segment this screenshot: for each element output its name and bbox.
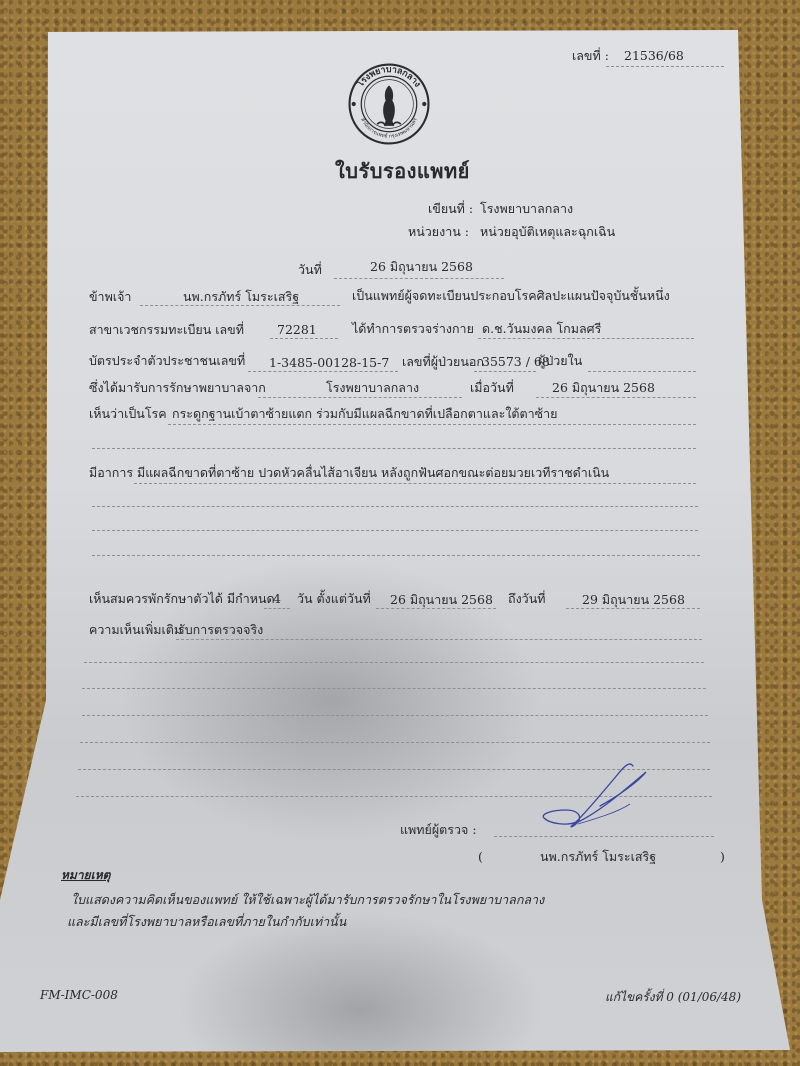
date-value: 26 มิถุนายน 2568 <box>370 259 473 275</box>
document-number: 21536/68 <box>624 48 684 64</box>
dotted-line <box>264 608 290 609</box>
svg-text:โรงพยาบาลกลาง: โรงพยาบาลกลาง <box>354 65 423 90</box>
signature-close-paren: ) <box>720 849 725 865</box>
dotted-line <box>606 66 724 67</box>
comment-label: ความเห็นเพิ่มเติม <box>89 622 182 638</box>
dotted-line <box>494 836 714 837</box>
rest-to-date: 29 มิถุนายน 2568 <box>582 592 685 608</box>
dotted-line <box>92 448 696 449</box>
dotted-line <box>478 338 694 339</box>
dotted-line <box>82 688 706 689</box>
examined-label: ได้ทำการตรวจร่างกาย <box>352 321 474 337</box>
written-at-value: โรงพยาบาลกลาง <box>480 201 573 217</box>
dotted-line <box>270 338 338 339</box>
license-text: เป็นแพทย์ผู้จดทะเบียนประกอบโรคศิลปะแผนปั… <box>352 288 670 304</box>
rest-to-label: ถึงวันที่ <box>508 591 545 607</box>
patient-name: ด.ช.วันมงคล โกมลศรี <box>482 321 601 337</box>
registration-number: 72281 <box>277 322 317 338</box>
comment-value: รับการตรวจจริง <box>178 622 263 638</box>
i-label: ข้าพเจ้า <box>89 289 131 305</box>
rest-unit-label: วัน ตั้งแต่วันที่ <box>297 591 371 607</box>
written-at-label: เขียนที่ : <box>428 201 473 217</box>
department-label: หน่วยงาน : <box>408 224 469 240</box>
dotted-line <box>82 715 708 716</box>
dotted-line <box>134 483 696 484</box>
signature-open-paren: ( <box>478 849 483 865</box>
dotted-line <box>84 662 704 663</box>
dotted-line <box>474 371 536 372</box>
dotted-line <box>92 530 698 531</box>
dotted-line <box>334 278 504 279</box>
note-line-1: ใบแสดงความคิดเห็นของแพทย์ ให้ใช้เฉพาะผู้… <box>71 890 544 910</box>
date-label: วันที่ <box>298 262 322 278</box>
rest-label: เห็นสมควรพักรักษาตัวได้ มีกำหนด <box>89 591 275 607</box>
dotted-line <box>168 424 696 425</box>
document-number-label: เลขที่ : <box>572 48 609 64</box>
dotted-line <box>566 608 700 609</box>
note-heading: หมายเหตุ <box>61 866 110 885</box>
dotted-line <box>376 608 496 609</box>
doctor-name: นพ.กรภัทร์ โมระเสริฐ <box>183 289 299 305</box>
ipd-label: ผู้ป่วยใน <box>538 353 582 369</box>
note-line-2: และมีเลขที่โรงพยาบาลหรือเลขที่ภายในกำกับ… <box>67 912 346 932</box>
diagnosis-label: เห็นว่าเป็นโรค <box>89 406 167 422</box>
form-code: FM-IMC-008 <box>40 988 118 1002</box>
dotted-line <box>140 305 340 306</box>
treated-at-label: ซึ่งได้มารับการรักษาพยาบาลจาก <box>89 380 266 396</box>
department-value: หน่วยอุบัติเหตุและฉุกเฉิน <box>480 224 615 240</box>
medical-certificate-paper: เลขที่ : 21536/68 โรงพยาบาลกลาง สำนักการ… <box>0 0 800 1066</box>
dotted-line <box>258 397 462 398</box>
id-card-label: บัตรประจำตัวประชาชนเลขที่ <box>89 353 245 369</box>
dotted-line <box>588 371 696 372</box>
dotted-line <box>92 555 700 556</box>
dotted-line <box>536 397 696 398</box>
signature-label: แพทย์ผู้ตรวจ : <box>400 822 477 838</box>
treated-at-value: โรงพยาบาลกลาง <box>326 380 419 396</box>
symptoms-label: มีอาการ <box>89 465 133 481</box>
signature-doctor-name: นพ.กรภัทร์ โมระเสริฐ <box>540 849 656 865</box>
diagnosis-value: กระดูกฐานเบ้าตาซ้ายแตก ร่วมกับมีแผลฉีกขา… <box>172 406 558 422</box>
dotted-line <box>248 371 398 372</box>
treated-date-value: 26 มิถุนายน 2568 <box>552 380 655 396</box>
id-card-number: 1-3485-00128-15-7 <box>269 355 389 371</box>
dotted-line <box>176 639 702 640</box>
revision-info: แก้ไขครั้งที่ 0 (01/06/48) <box>605 988 741 1007</box>
handwritten-signature-icon <box>538 760 648 832</box>
page-title: ใบรับรองแพทย์ <box>335 155 470 187</box>
dotted-line <box>80 742 710 743</box>
treated-date-label: เมื่อวันที่ <box>470 380 514 396</box>
rest-from-date: 26 มิถุนายน 2568 <box>390 592 493 608</box>
dotted-line <box>92 506 698 507</box>
symptoms-value: มีแผลฉีกขาดที่ตาซ้าย ปวดหัวคลื่นไส้อาเจี… <box>137 465 609 481</box>
registration-label: สาขาเวชกรรมทะเบียน เลขที่ <box>89 322 244 338</box>
opd-label: เลขที่ผู้ป่วยนอก <box>402 354 484 370</box>
hospital-seal-icon: โรงพยาบาลกลาง สำนักการแพทย์ กรุงเทพมหานค… <box>347 62 431 146</box>
rest-days: 4 <box>273 591 281 607</box>
